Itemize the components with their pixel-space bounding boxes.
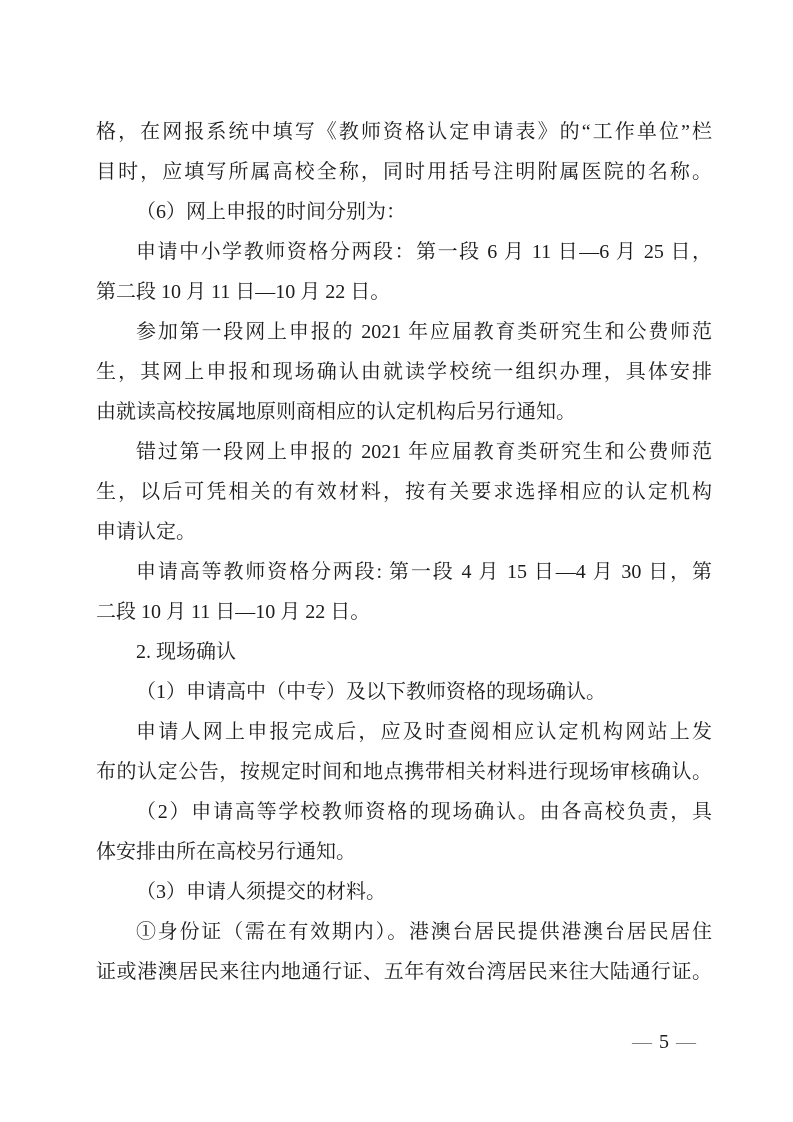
text-line: 申请高等教师资格分两段: 第一段 4 月 15 日—4 月 30 日，第	[96, 552, 712, 592]
text-line: 生，以后可凭相关的有效材料，按有关要求选择相应的认定机构	[96, 472, 712, 512]
text-line: 申请人网上申报完成后，应及时查阅相应认定机构网站上发	[96, 712, 712, 752]
text-line: 格，在网报系统中填写《教师资格认定申请表》的“工作单位”栏	[96, 112, 712, 152]
text-line: 参加第一段网上申报的 2021 年应届教育类研究生和公费师范	[96, 312, 712, 352]
document-body: 格，在网报系统中填写《教师资格认定申请表》的“工作单位”栏 目时，应填写所属高校…	[96, 112, 712, 992]
text-line: （6）网上申报的时间分别为：	[96, 192, 712, 232]
text-line: 目时，应填写所属高校全称，同时用括号注明附属医院的名称。	[96, 152, 712, 192]
footer-dash-left: —	[632, 1031, 652, 1053]
footer-dash-right: —	[676, 1031, 696, 1053]
text-line: ①身份证（需在有效期内）。港澳台居民提供港澳台居民居住	[96, 912, 712, 952]
text-line: 证或港澳居民来往内地通行证、五年有效台湾居民来往大陆通行证。	[96, 952, 712, 992]
text-line: 错过第一段网上申报的 2021 年应届教育类研究生和公费师范	[96, 432, 712, 472]
text-line: （2）申请高等学校教师资格的现场确认。由各高校负责，具	[96, 792, 712, 832]
text-line: 布的认定公告，按规定时间和地点携带相关材料进行现场审核确认。	[96, 752, 712, 792]
text-line: 申请认定。	[96, 512, 712, 552]
text-line: 二段 10 月 11 日—10 月 22 日。	[96, 592, 712, 632]
text-line: 2. 现场确认	[96, 632, 712, 672]
text-line: （1）申请高中（中专）及以下教师资格的现场确认。	[96, 672, 712, 712]
text-line: 由就读高校按属地原则商相应的认定机构后另行通知。	[96, 392, 712, 432]
document-page: 格，在网报系统中填写《教师资格认定申请表》的“工作单位”栏 目时，应填写所属高校…	[0, 0, 793, 1122]
page-footer: —5—	[625, 1028, 703, 1056]
text-line: 体安排由所在高校另行通知。	[96, 832, 712, 872]
page-number: 5	[659, 1031, 669, 1053]
text-line: （3）申请人须提交的材料。	[96, 872, 712, 912]
text-line: 申请中小学教师资格分两段：第一段 6 月 11 日—6 月 25 日，	[96, 232, 712, 272]
text-line: 生，其网上申报和现场确认由就读学校统一组织办理，具体安排	[96, 352, 712, 392]
text-line: 第二段 10 月 11 日—10 月 22 日。	[96, 272, 712, 312]
